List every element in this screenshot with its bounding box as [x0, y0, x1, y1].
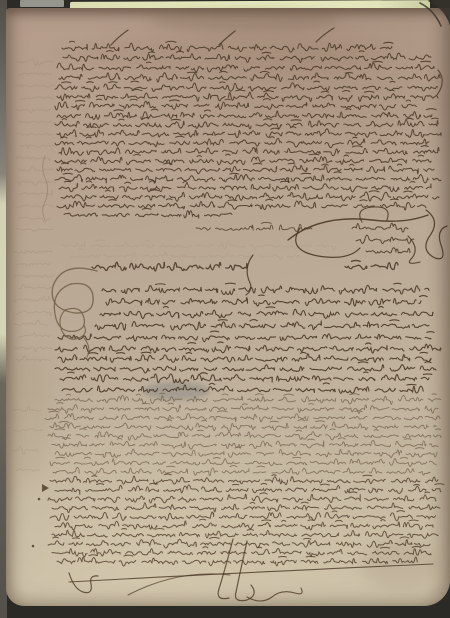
manuscript-scan — [0, 0, 450, 618]
parchment-stain — [6, 350, 50, 480]
parchment-stain — [150, 8, 340, 32]
parchment-stain — [142, 382, 210, 400]
parchment-page — [6, 8, 450, 606]
parchment-stain — [360, 540, 440, 590]
parchment-stain — [58, 36, 388, 72]
scan-top-grey-block — [20, 0, 64, 7]
